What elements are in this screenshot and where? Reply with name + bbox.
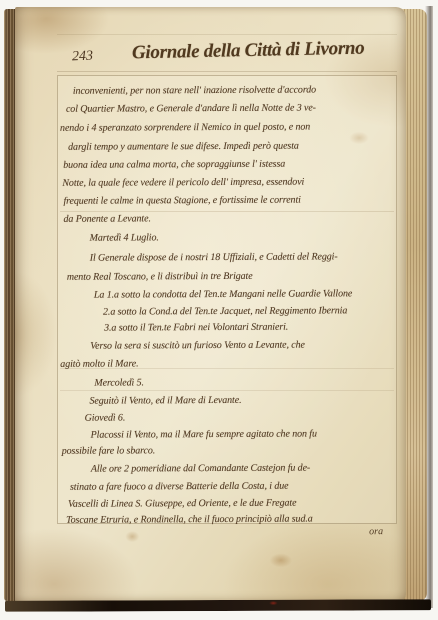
manuscript-line: Toscane Etruria, e Rondinella, che il fu…	[66, 514, 313, 526]
manuscript-line: Placossi il Vento, ma il Mare fu sempre …	[91, 428, 317, 440]
manuscript-line: frequenti le calme in questa Stagione, e…	[63, 195, 300, 207]
manuscript-line: Vascelli di Linea S. Giuseppe, ed Orient…	[68, 498, 296, 510]
manuscript-line: col Quartier Mastro, e Generale d'andare…	[66, 102, 316, 114]
manuscript-line: Notte, la quale fece vedere il pericolo …	[62, 177, 304, 189]
manuscript-line: Seguitò il Vento, ed il Mare di Levante.	[89, 395, 241, 407]
handwritten-text-block: inconvenienti, per non stare nell' inazi…	[0, 0, 438, 620]
manuscript-line-date: Martedì 4 Luglio.	[90, 232, 159, 243]
manuscript-line: possibile fare lo sbarco.	[62, 445, 155, 456]
manuscript-line-date: Mercoledì 5.	[94, 377, 144, 388]
manuscript-line: mento Real Toscano, e li distribuì in tr…	[67, 271, 253, 283]
manuscript-line: La 1.a sotto la condotta del Ten.te Mang…	[94, 288, 352, 300]
manuscript-line: dargli tempo y aumentare le sue difese. …	[68, 141, 299, 153]
manuscript-line: da Ponente a Levante.	[63, 213, 150, 224]
manuscript-line: Il Generale dispose de i nostri 18 Uffiz…	[90, 251, 338, 263]
manuscript-line: nendo i 4 speranzato sorprendere il Nemi…	[60, 122, 310, 134]
manuscript-line: buona idea una calma morta, che sopraggi…	[63, 159, 285, 171]
manuscript-line: inconvenienti, per non stare nell' inazi…	[73, 84, 316, 96]
catchword: ora	[369, 526, 383, 537]
manuscript-line: 2.a sotto la Cond.a del Ten.te Jacquet, …	[103, 305, 347, 317]
manuscript-photo: 243 Giornale della Città di Livorno inco…	[0, 0, 438, 620]
manuscript-line: Alle ore 2 pomeridiane dal Comandante Ca…	[91, 463, 310, 475]
manuscript-line: agitò molto il Mare.	[60, 358, 138, 369]
manuscript-line: 3.a sotto il Ten.te Fabri nei Volontari …	[104, 322, 288, 334]
manuscript-line: stinato a fare fuoco a diverse Batterie …	[70, 481, 289, 493]
manuscript-line: Verso la sera si suscitò un furioso Vent…	[90, 340, 305, 352]
manuscript-line-date: Giovedì 6.	[85, 412, 126, 423]
